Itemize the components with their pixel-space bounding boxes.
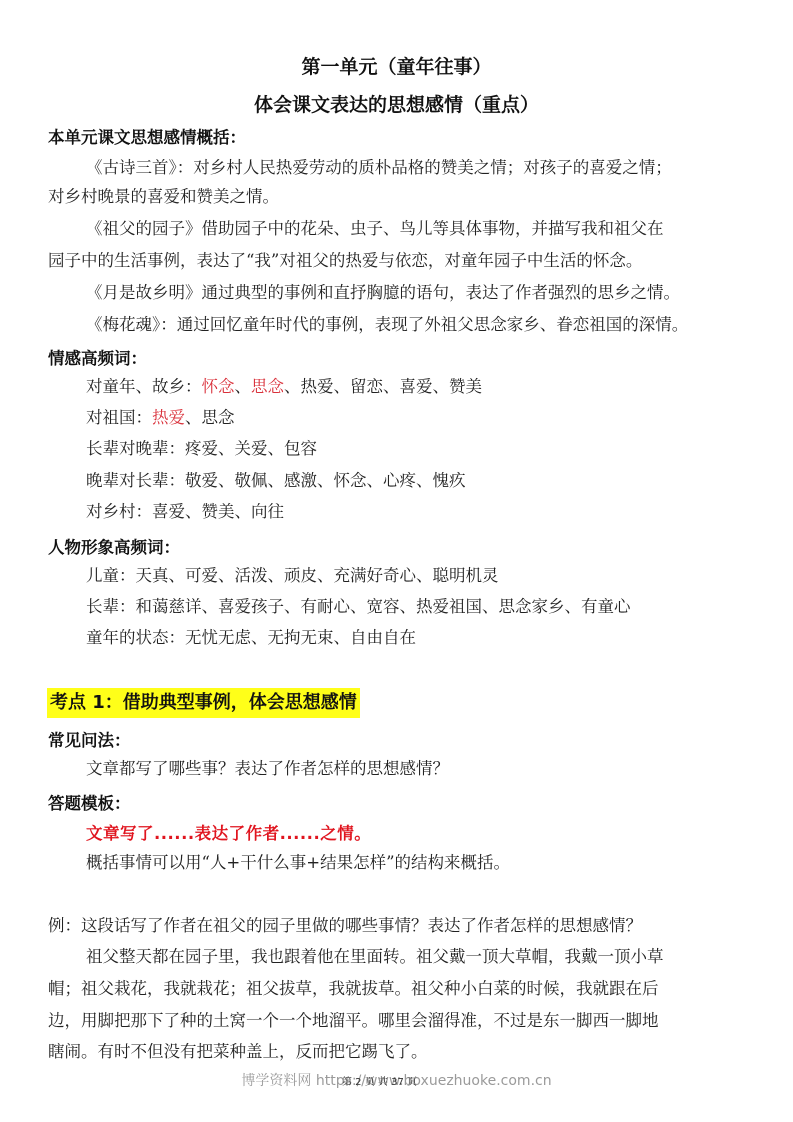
answer-template-tip: 概括事情可以用“人+干什么事+结果怎样”的结构来概括。 [86,852,510,874]
page-subtitle: 体会课文表达的思想感情（重点） [0,90,793,117]
summary-heading: 本单元课文思想感情概括： [48,124,246,148]
emotion-row-rest: 、思念 [185,408,235,427]
summary-p3: 《月是故乡明》通过典型的事例和直抒胸臆的语句，表达了作者强烈的思乡之情。 [86,282,680,304]
character-row-childhood-state: 童年的状态：无忧无虑、无拘无束、自由自在 [86,627,416,649]
summary-p2-line1: 《祖父的园子》借助园子中的花朵、虫子、鸟儿等具体事物，并描写我和祖父在 [86,218,664,240]
common-question-heading: 常见问法： [48,727,131,751]
example-passage-line3: 边，用脚把那下了种的土窝一个一个地溜平。哪里会溜得准，不过是东一脚西一脚地 [48,1010,659,1032]
character-words-heading: 人物形象高频词： [48,534,180,558]
summary-p1-line2: 对乡村晚景的喜爱和赞美之情。 [48,186,279,208]
example-question: 例：这段话写了作者在祖父的园子里做的哪些事情？表达了作者怎样的思想感情？ [48,915,642,937]
summary-p4: 《梅花魂》：通过回忆童年时代的事例，表现了外祖父思念家乡、眷恋祖国的深情。 [86,314,688,336]
emotion-row-label: 对童年、故乡： [86,377,202,396]
exam-point-title: 考点 1：借助典型事例，体会思想感情 [47,688,360,718]
emotion-row-countryside: 对乡村：喜爱、赞美、向往 [86,501,284,523]
summary-p1-line1: 《古诗三首》：对乡村人民热爱劳动的质朴品格的赞美之情；对孩子的喜爱之情； [86,157,672,179]
answer-template-heading: 答题模板： [48,790,131,814]
emotion-row-rest: 、热爱、留恋、喜爱、赞美 [284,377,482,396]
separator: 、 [235,377,252,396]
emotion-row-motherland: 对祖国：热爱、思念 [86,407,235,429]
example-passage-line1: 祖父整天都在园子里，我也跟着他在里面转。祖父戴一顶大草帽，我戴一顶小草 [86,946,664,968]
example-passage-line4: 瞎闹。有时不但没有把菜种盖上，反而把它踢飞了。 [48,1041,428,1063]
summary-p2-line2: 园子中的生活事例，表达了“我”对祖父的热爱与依恋，对童年园子中生活的怀念。 [48,250,642,272]
keyword-red: 怀念 [202,377,235,396]
character-row-children: 儿童：天真、可爱、活泼、顽皮、充满好奇心、聪明机灵 [86,565,499,587]
emotion-row-elder-to-junior: 长辈对晚辈：疼爱、关爱、包容 [86,438,317,460]
emotion-row-junior-to-elder: 晚辈对长辈：敬爱、敬佩、感激、怀念、心疼、愧疚 [86,470,466,492]
keyword-red: 热爱 [152,408,185,427]
unit-title: 第一单元（童年往事） [0,52,793,79]
page-number: 第 2 页 共 37 页 [342,1073,417,1088]
keyword-red: 思念 [251,377,284,396]
document-page: 第一单元（童年往事） 体会课文表达的思想感情（重点） 本单元课文思想感情概括： … [0,0,793,1122]
character-row-elders: 长辈：和蔼慈详、喜爱孩子、有耐心、宽容、热爱祖国、思念家乡、有童心 [86,596,631,618]
common-question-text: 文章都写了哪些事？表达了作者怎样的思想感情？ [86,758,449,780]
answer-template-text: 文章写了......表达了作者......之情。 [86,820,371,844]
emotion-row-childhood: 对童年、故乡：怀念、思念、热爱、留恋、喜爱、赞美 [86,376,482,398]
emotion-row-label: 对祖国： [86,408,152,427]
example-passage-line2: 帽；祖父栽花，我就栽花；祖父拔草，我就拔草。祖父种小白菜的时候，我就跟在后 [48,978,659,1000]
emotion-words-heading: 情感高频词： [48,345,147,369]
